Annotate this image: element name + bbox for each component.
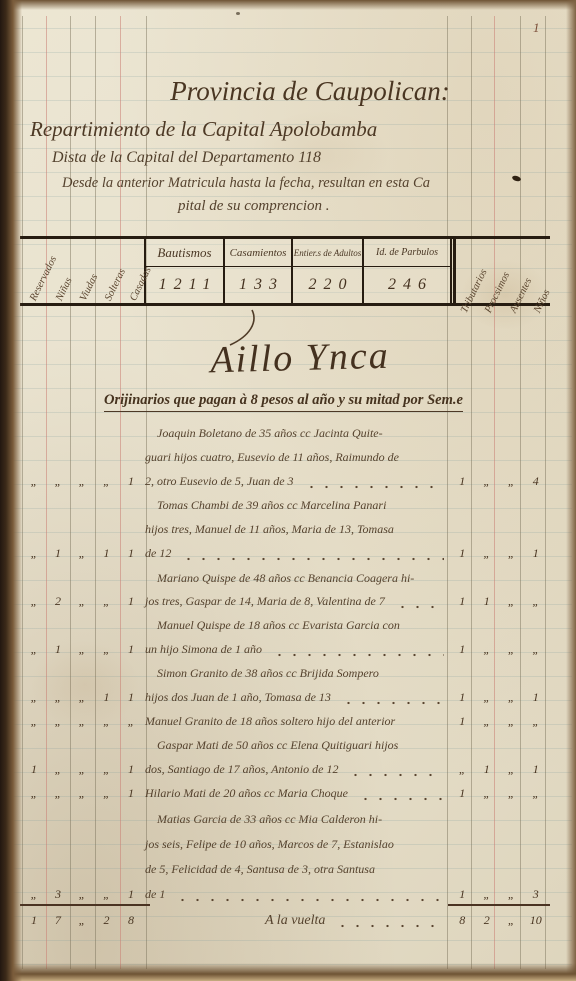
margin-mark: „ — [524, 637, 549, 661]
margin-mark: 1 — [475, 757, 500, 781]
margin-mark: „ — [70, 469, 94, 493]
scan-edge-top — [0, 0, 576, 10]
manuscript-page: 1 Provincia de Caupolican: Repartimiento… — [0, 0, 576, 981]
entry-text: dos, Santiago de 17 años, Antonio de 12 — [143, 757, 338, 781]
margin-mark: 4 — [524, 469, 549, 493]
carry-label: A la vuelta — [263, 909, 325, 933]
margin-mark: „ — [70, 709, 94, 733]
margin-mark: 2 — [46, 589, 70, 613]
margin-mark: „ — [94, 589, 119, 613]
margin-mark: 1 — [119, 469, 143, 493]
summary-cell-casamientos: Casamientos 133 — [223, 239, 291, 303]
margin-mark: 1 — [450, 685, 475, 709]
entry-text: Gaspar Mati de 50 años cc Elena Quitigua… — [143, 733, 398, 757]
margin-mark: „ — [22, 685, 46, 709]
book-binding-edge — [0, 0, 22, 981]
margin-mark: „ — [46, 781, 70, 805]
margin-mark: „ — [499, 469, 524, 493]
entry-total-line: „„„„12, otro Eusevio de 5, Juan de 31„„4 — [0, 469, 576, 493]
margin-mark: 1 — [524, 685, 549, 709]
margin-mark: „ — [475, 882, 500, 906]
margin-mark: 1 — [46, 541, 70, 565]
margin-mark: „ — [46, 757, 70, 781]
margin-mark: „ — [475, 781, 500, 805]
section-title: Aillo Ynca — [139, 332, 460, 384]
margin-mark: „ — [524, 709, 549, 733]
entry-text: Simon Granito de 38 años cc Brijida Somp… — [143, 661, 379, 685]
entry-line: Joaquin Boletano de 35 años cc Jacinta Q… — [0, 421, 576, 445]
entry-text: Matias Garcia de 33 años cc Mia Calderon… — [143, 807, 382, 831]
margin-mark: „ — [22, 469, 46, 493]
summary-value: 133 — [225, 267, 291, 303]
margin-mark: 1 — [524, 541, 549, 565]
margin-mark: „ — [70, 757, 94, 781]
entry-line: jos seis, Felipe de 10 años, Marcos de 7… — [0, 832, 576, 856]
margin-mark: „ — [524, 589, 549, 613]
margin-mark: „ — [499, 781, 524, 805]
margin-mark: „ — [475, 637, 500, 661]
margin-mark: „ — [70, 781, 94, 805]
margin-mark: 1 — [119, 589, 143, 613]
dot-leader — [181, 541, 444, 565]
margin-total: 7 — [46, 908, 70, 932]
dot-leader — [335, 908, 444, 932]
summary-cell-bautismos: Bautismos 1211 — [146, 239, 223, 303]
margin-mark: „ — [475, 469, 500, 493]
margin-total: 1 — [22, 908, 46, 932]
entry-text: de 5, Felicidad de 4, Santusa de 3, otra… — [143, 857, 375, 881]
margin-mark: „ — [22, 541, 46, 565]
right-total-rule — [448, 904, 550, 906]
margin-mark: „ — [70, 541, 94, 565]
margin-mark: 1 — [119, 882, 143, 906]
margin-mark: 1 — [450, 781, 475, 805]
margin-mark: „ — [46, 685, 70, 709]
entry-text: Mariano Quispe de 48 años cc Benancia Co… — [143, 566, 414, 590]
entry-text: Tomas Chambi de 39 años cc Marcelina Pan… — [143, 493, 386, 517]
margin-mark: 3 — [524, 882, 549, 906]
entry-text: de 1 — [143, 882, 165, 906]
left-total-rule — [20, 904, 150, 906]
dot-leader — [341, 685, 444, 709]
entry-text: Hilario Mati de 20 años cc Maria Choque — [143, 781, 348, 805]
entry-total-line: „1„„1un hijo Simona de 1 año1„„„ — [0, 637, 576, 661]
margin-mark: „ — [499, 685, 524, 709]
carry-total-row: 17„28A la vuelta82„10 — [0, 908, 576, 932]
margin-mark: „ — [46, 709, 70, 733]
margin-mark: „ — [94, 757, 119, 781]
header-province-title: Provincia de Caupolican: — [110, 76, 510, 107]
summary-label: Bautismos — [146, 239, 223, 267]
margin-mark: „ — [22, 589, 46, 613]
margin-total: 8 — [119, 908, 143, 932]
margin-mark: „ — [94, 469, 119, 493]
margin-mark: 1 — [119, 541, 143, 565]
entry-text: Manuel Quispe de 18 años cc Evarista Gar… — [143, 613, 400, 637]
margin-total: 8 — [450, 908, 475, 932]
margin-mark: 3 — [46, 882, 70, 906]
margin-mark: „ — [475, 685, 500, 709]
section-subtitle: Orijinarios que pagan à 8 pesos al año y… — [104, 392, 463, 412]
entry-text: Joaquin Boletano de 35 años cc Jacinta Q… — [143, 421, 383, 445]
margin-mark: „ — [475, 541, 500, 565]
margin-mark: 1 — [475, 589, 500, 613]
margin-mark: 1 — [450, 589, 475, 613]
entry-text: guari hijos cuatro, Eusevio de 11 años, … — [143, 445, 399, 469]
entry-line: guari hijos cuatro, Eusevio de 11 años, … — [0, 445, 576, 469]
margin-mark: „ — [450, 757, 475, 781]
margin-mark: 1 — [119, 757, 143, 781]
margin-total: 10 — [524, 908, 549, 932]
margin-mark: 1 — [450, 469, 475, 493]
entry-total-line: „„„„„Manuel Granito de 18 años soltero h… — [0, 709, 576, 733]
entry-line: Simon Granito de 38 años cc Brijida Somp… — [0, 661, 576, 685]
margin-mark: „ — [94, 637, 119, 661]
summary-value: 1211 — [146, 267, 223, 303]
entry-line: Tomas Chambi de 39 años cc Marcelina Pan… — [0, 493, 576, 517]
entry-line: Gaspar Mati de 50 años cc Elena Quitigua… — [0, 733, 576, 757]
margin-mark: 1 — [22, 757, 46, 781]
entry-text: jos tres, Gaspar de 14, Maria de 8, Vale… — [143, 589, 385, 613]
entry-total-line: „1„11de 121„„1 — [0, 541, 576, 565]
table-right-rule — [453, 237, 456, 305]
margin-mark: „ — [94, 882, 119, 906]
entry-line: hijos tres, Manuel de 11 años, Maria de … — [0, 517, 576, 541]
margin-mark: „ — [499, 589, 524, 613]
margin-total: „ — [499, 908, 524, 932]
margin-mark: 1 — [46, 637, 70, 661]
margin-mark: „ — [22, 709, 46, 733]
entry-line: Manuel Quispe de 18 años cc Evarista Gar… — [0, 613, 576, 637]
summary-label: Casamientos — [225, 239, 291, 267]
entry-total-line: „„„„1Hilario Mati de 20 años cc Maria Ch… — [0, 781, 576, 805]
margin-mark: „ — [119, 709, 143, 733]
header-note-line1: Desde la anterior Matricula hasta la fec… — [62, 175, 430, 192]
margin-mark: 1 — [524, 757, 549, 781]
summary-label: Entier.s de Adultos — [293, 239, 362, 267]
margin-mark: „ — [22, 637, 46, 661]
margin-total: „ — [70, 908, 94, 932]
margin-mark: „ — [499, 757, 524, 781]
entry-total-line: 1„„„1dos, Santiago de 17 años, Antonio d… — [0, 757, 576, 781]
scan-edge-bottom — [0, 963, 576, 981]
header-distance: Dista de la Capital del Departamento 118 — [52, 149, 321, 167]
header-repartimiento: Repartimiento de la Capital Apolobamba — [30, 117, 377, 142]
margin-total: 2 — [475, 908, 500, 932]
entry-total-line: „3„„1de 11„„3 — [0, 882, 576, 906]
margin-mark: „ — [70, 685, 94, 709]
entry-text: hijos dos Juan de 1 año, Tomasa de 13 — [143, 685, 331, 709]
margin-mark: „ — [499, 709, 524, 733]
entry-line: de 5, Felicidad de 4, Santusa de 3, otra… — [0, 857, 576, 881]
summary-value: 246 — [364, 267, 450, 303]
margin-mark: „ — [70, 637, 94, 661]
dot-leader — [348, 757, 444, 781]
margin-mark: „ — [46, 469, 70, 493]
margin-mark: „ — [94, 709, 119, 733]
margin-mark: „ — [22, 882, 46, 906]
entry-text: jos seis, Felipe de 10 años, Marcos de 7… — [143, 832, 394, 856]
margin-mark: 1 — [450, 541, 475, 565]
header-note-line2: pital de su comprencion . — [178, 198, 330, 215]
margin-mark: 1 — [450, 709, 475, 733]
summary-cell-entierros: Entier.s de Adultos 220 — [291, 239, 362, 303]
entry-total-line: „„„11hijos dos Juan de 1 año, Tomasa de … — [0, 685, 576, 709]
summary-value: 220 — [293, 267, 362, 303]
entry-text: Manuel Granito de 18 años soltero hijo d… — [143, 709, 395, 733]
dot-leader — [175, 882, 444, 906]
margin-mark: „ — [70, 882, 94, 906]
dot-leader — [304, 469, 444, 493]
margin-mark: „ — [499, 882, 524, 906]
summary-label: Id. de Parbulos — [364, 239, 450, 267]
entry-line: Matias Garcia de 33 años cc Mia Calderon… — [0, 807, 576, 831]
margin-mark: 1 — [94, 685, 119, 709]
entry-text: de 12 — [143, 541, 171, 565]
page-number: 1 — [533, 20, 540, 36]
summary-cell-parvulos: Id. de Parbulos 246 — [362, 239, 450, 303]
margin-mark: „ — [22, 781, 46, 805]
margin-total: 2 — [94, 908, 119, 932]
margin-mark: 1 — [119, 781, 143, 805]
dot-leader — [395, 589, 444, 613]
margin-mark: 1 — [119, 637, 143, 661]
margin-mark: „ — [499, 637, 524, 661]
entry-total-line: „2„„1jos tres, Gaspar de 14, Maria de 8,… — [0, 589, 576, 613]
margin-mark: „ — [70, 589, 94, 613]
dot-leader — [272, 637, 444, 661]
entry-line: Mariano Quispe de 48 años cc Benancia Co… — [0, 566, 576, 590]
scan-edge-right — [566, 0, 576, 981]
entry-text: un hijo Simona de 1 año — [143, 637, 262, 661]
entry-text: hijos tres, Manuel de 11 años, Maria de … — [143, 517, 394, 541]
margin-mark: 1 — [450, 637, 475, 661]
margin-mark: „ — [499, 541, 524, 565]
margin-mark: „ — [475, 709, 500, 733]
margin-mark: 1 — [94, 541, 119, 565]
margin-mark: „ — [94, 781, 119, 805]
margin-mark: „ — [524, 781, 549, 805]
summary-table: Bautismos 1211 Casamientos 133 Entier.s … — [144, 237, 452, 305]
entry-text: 2, otro Eusevio de 5, Juan de 3 — [143, 469, 294, 493]
margin-mark: 1 — [450, 882, 475, 906]
margin-mark: 1 — [119, 685, 143, 709]
dot-leader — [358, 781, 444, 805]
ink-speck — [236, 12, 240, 15]
